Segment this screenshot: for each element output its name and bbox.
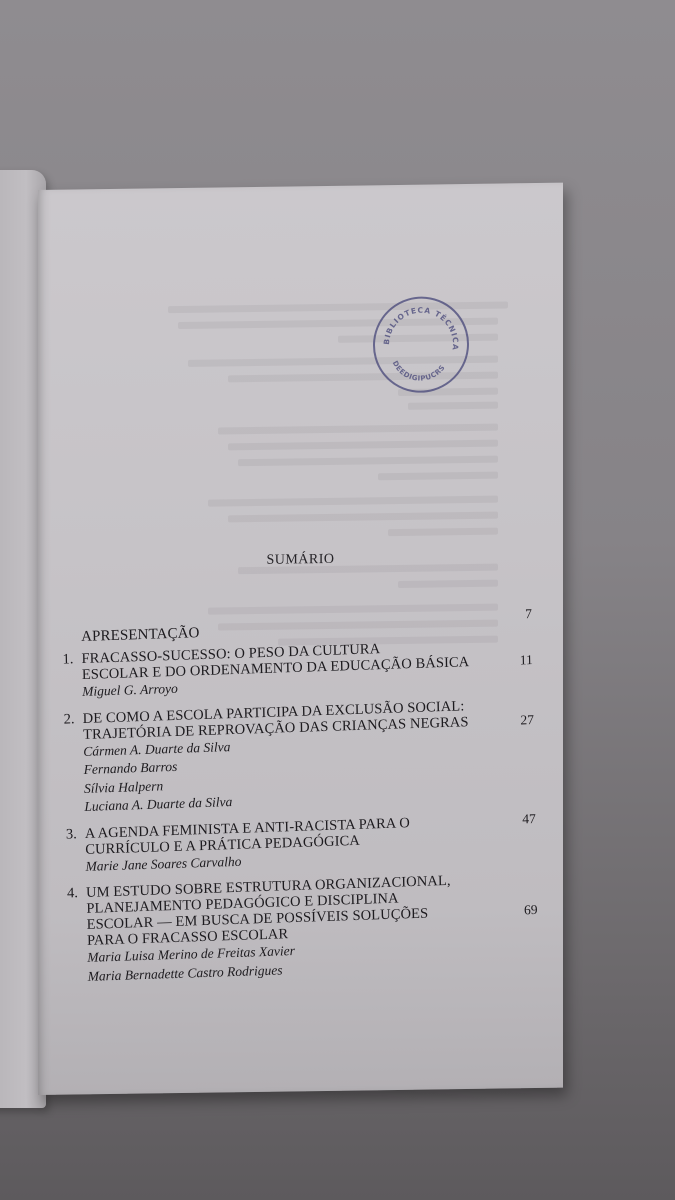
entry-page-number: 69 <box>524 902 538 918</box>
entry-page-number: 47 <box>522 810 536 826</box>
entry-page-number: 7 <box>525 606 532 622</box>
entry-number: 3. <box>66 826 77 843</box>
svg-text:BIBLIOTECA TÉCNICA: BIBLIOTECA TÉCNICA <box>382 302 464 351</box>
entry-page-number: 27 <box>520 712 534 728</box>
book-page: BIBLIOTECA TÉCNICA DEEDIGIPUCRS SUMÁRIO … <box>38 183 563 1095</box>
entry-number: 1. <box>62 651 73 668</box>
svg-text:DEEDIGIPUCRS: DEEDIGIPUCRS <box>389 359 447 385</box>
table-of-contents: APRESENTAÇÃO71.FRACASSO-SUCESSO: O PESO … <box>62 614 539 995</box>
toc-entry: 1.FRACASSO-SUCESSO: O PESO DA CULTURAESC… <box>62 636 533 702</box>
toc-heading: SUMÁRIO <box>38 549 563 572</box>
toc-entry: 4.UM ESTUDO SOBRE ESTRUTURA ORGANIZACION… <box>67 870 539 987</box>
entry-number: 4. <box>67 885 78 902</box>
entry-page-number: 11 <box>520 652 533 668</box>
library-stamp: BIBLIOTECA TÉCNICA DEEDIGIPUCRS <box>368 292 474 396</box>
entry-number: 2. <box>64 711 75 728</box>
toc-entry: 2.DE COMO A ESCOLA PARTICIPA DA EXCLUSÃO… <box>64 696 536 818</box>
toc-entry: 3.A AGENDA FEMINISTA E ANTI-RACISTA PARA… <box>66 810 537 876</box>
